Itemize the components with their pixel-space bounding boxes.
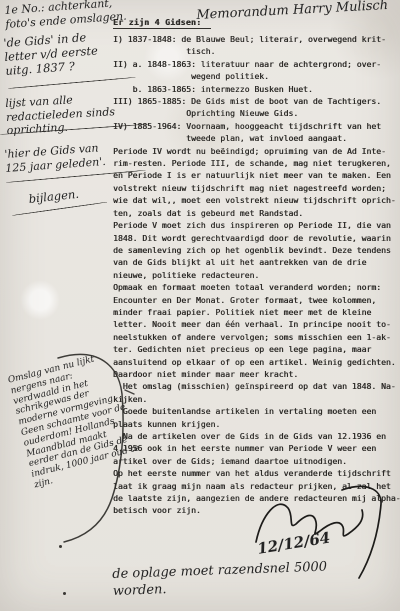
typed-body: I) 1837-1848: de Blauwe Beul; literair, … [113, 33, 400, 517]
ink-speck [59, 545, 62, 548]
scanned-memo-page: Memorandum Harry Mulisch 1e No.: achterk… [0, 0, 400, 611]
margin-underline-stroke [12, 202, 107, 216]
ink-speck [63, 592, 66, 595]
handwritten-circulation-note: de oplage moet razendsnel 5000 worden. [112, 557, 373, 600]
typed-heading: Er zijn 4 Gidsen: [113, 17, 211, 29]
memo-title-handwritten: Memorandum Harry Mulisch [196, 0, 400, 23]
